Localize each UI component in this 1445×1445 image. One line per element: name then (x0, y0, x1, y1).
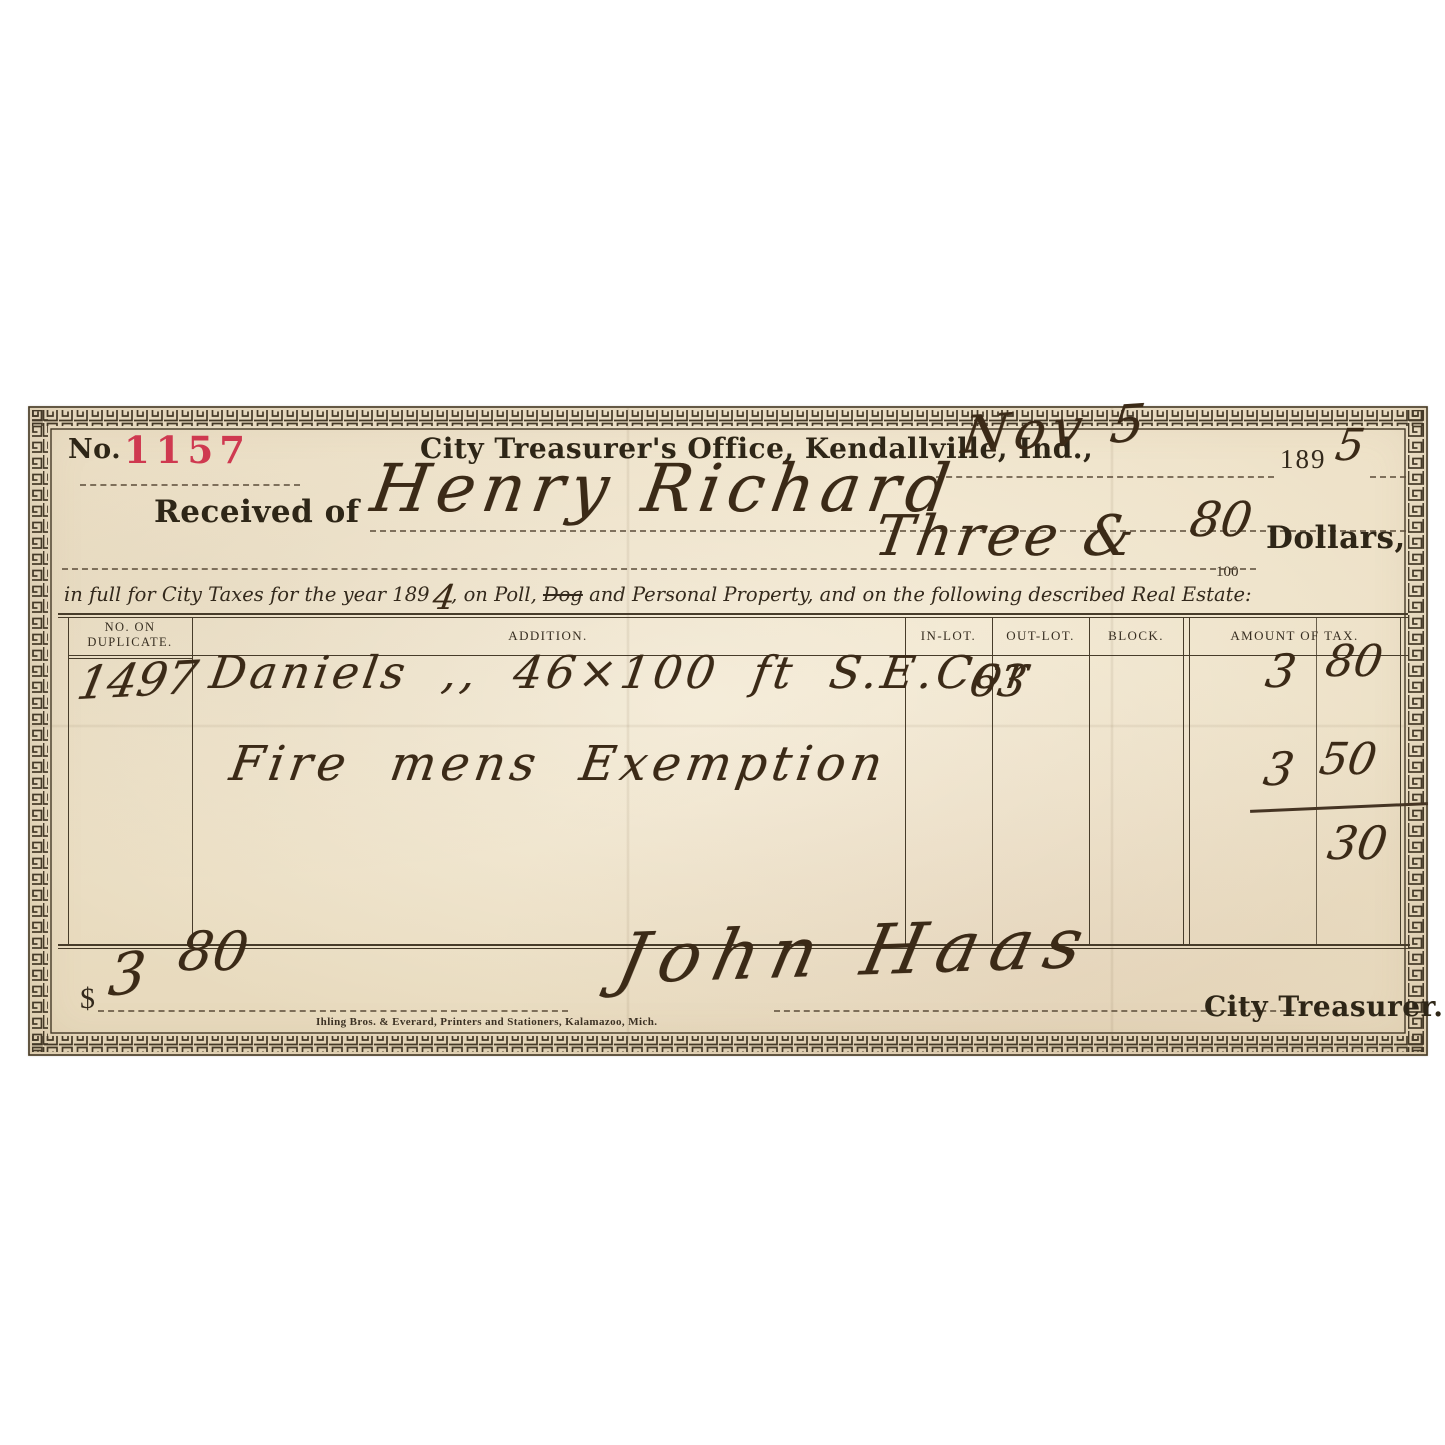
description-year-digit-handwritten: 4 (430, 578, 458, 618)
header-in-lot: IN-LOT. (905, 628, 992, 644)
year-digit-handwritten: 5 (1332, 420, 1368, 471)
amount-cents-handwritten: 80 (1186, 492, 1256, 548)
row3-amount-cents: 30 (1324, 816, 1391, 870)
description-suffix: and Personal Property, and on the follow… (583, 583, 1252, 606)
receipt-number-underline (80, 484, 300, 486)
payer-handwritten: Henry Richard (366, 450, 962, 527)
received-of-label: Received of (154, 494, 360, 530)
treasurer-label: City Treasurer. (1204, 990, 1444, 1023)
tax-receipt-document: No. 1157 City Treasurer's Office, Kendal… (28, 406, 1428, 1056)
treasurer-signature-handwritten: John Haas (610, 902, 1102, 1000)
amount-words-handwritten: Three & (870, 504, 1142, 569)
total-cents-handwritten: 80 (174, 920, 253, 983)
row2-amount-cents: 50 (1316, 734, 1380, 785)
date-handwritten: Nov 5 (958, 393, 1155, 466)
description-mid: , on Poll, (451, 583, 543, 606)
year-underline (1370, 476, 1406, 478)
row1-no-on-duplicate: 1497 (73, 650, 202, 710)
total-currency-symbol: $ (80, 982, 95, 1016)
scan-page: { "colors": { "paper": "#ece0c6", "print… (0, 0, 1445, 1445)
date-underline (926, 476, 1274, 478)
total-underline (98, 1010, 568, 1012)
header-addition: ADDITION. (448, 628, 648, 644)
header-out-lot: OUT-LOT. (992, 628, 1089, 644)
printer-credit: Ihling Bros. & Everard, Printers and Sta… (316, 1016, 657, 1028)
description-line: in full for City Taxes for the year 1894… (64, 578, 1252, 618)
row1-in-lot: 63 (966, 656, 1030, 707)
paper-crease (28, 724, 1428, 728)
row1-addition: Daniels ,, 46×100 ft S.E.Cor (206, 646, 1036, 699)
receipt-number: 1157 (124, 428, 251, 472)
receipt-number-label: No. (68, 434, 121, 465)
table-column-divider-double-b (1189, 617, 1190, 944)
total-dollars-handwritten: 3 (106, 938, 148, 1010)
table-top-rule (58, 613, 1408, 615)
description-prefix: in full for City Taxes for the year 189 (64, 583, 430, 606)
header-no-on-duplicate: NO. ON DUPLICATE. (68, 620, 192, 650)
table-column-divider (1089, 617, 1090, 944)
table-right-edge (1400, 617, 1401, 944)
row2-amount-dollars: 3 (1260, 742, 1298, 796)
row1-amount-cents: 80 (1322, 636, 1386, 687)
amount-underline (62, 568, 1256, 570)
year-printed: 189 (1280, 444, 1327, 475)
dollars-label: Dollars, (1266, 520, 1406, 556)
table-left-edge (68, 617, 69, 944)
header-block: BLOCK. (1089, 628, 1183, 644)
row1-amount-dollars: 3 (1262, 644, 1300, 698)
table-column-divider-double-a (1183, 617, 1184, 944)
description-struck-word: Dog (543, 583, 583, 606)
table-top-rule-inner (58, 617, 1408, 618)
row2-addition: Fire mens Exemption (226, 736, 891, 792)
